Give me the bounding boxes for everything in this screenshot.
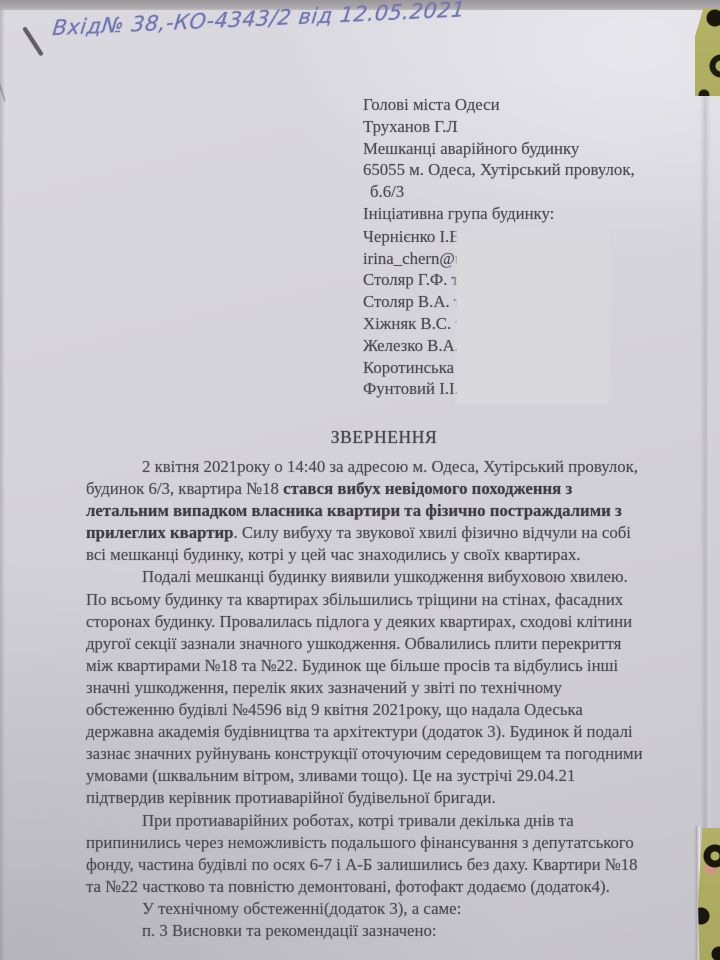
redaction-box bbox=[457, 231, 608, 403]
paragraph-3: При протиаварійних роботах, котрі тривал… bbox=[86, 810, 649, 898]
recipient-line: Труханов Г.Л bbox=[363, 116, 693, 138]
paragraph-5: п. 3 Висновки та рекомендації зазначено: bbox=[86, 920, 649, 942]
paragraph-2: Подалі мешканці будинку виявили ушкоджен… bbox=[86, 566, 649, 809]
paragraph-1: 2 квітня 2021року о 14:40 за адресою м. … bbox=[86, 456, 649, 566]
document-body: 2 квітня 2021року о 14:40 за адресою м. … bbox=[86, 456, 649, 942]
recipient-line: 65055 м. Одеса, Хутірський провулок, bbox=[363, 159, 693, 181]
recipient-line: Голові міста Одеси bbox=[363, 94, 693, 116]
paper-left-edge-shadow bbox=[0, 9, 5, 960]
scanned-letter-photo: Вхід№ 38,-КО-4343/2 від 12.05.2021 Голов… bbox=[0, 0, 720, 960]
document-title: ЗВЕРНЕННЯ bbox=[88, 427, 680, 448]
paragraph-4: У технічному обстеженні(додаток 3), а са… bbox=[86, 898, 649, 920]
recipient-line: Мешканці аварійного будинку bbox=[363, 138, 693, 160]
recipient-line: б.6/3 bbox=[363, 181, 693, 203]
background-object-bottom-right bbox=[698, 828, 720, 960]
paper-right-fold-shadow bbox=[700, 95, 712, 830]
recipient-line: Ініціативна група будинку: bbox=[363, 203, 693, 225]
